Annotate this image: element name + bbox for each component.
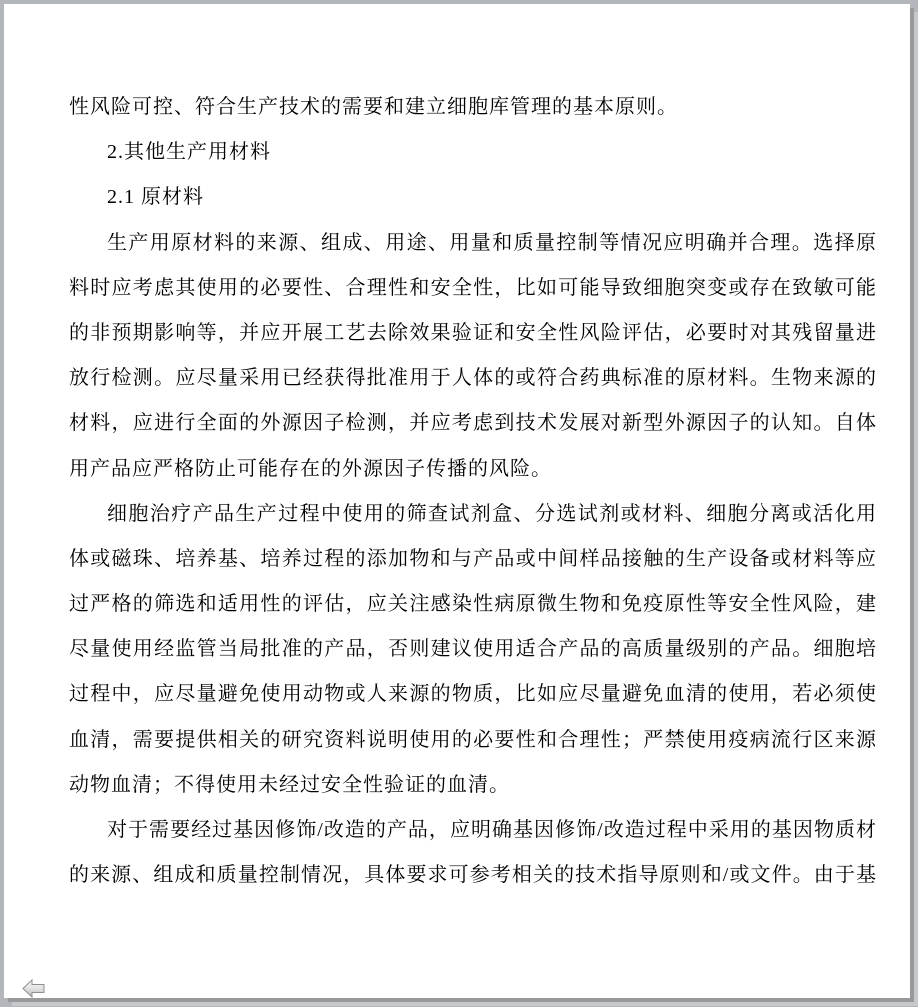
doc-line: 的非预期影响等，并应开展工艺去除效果验证和安全性风险评估，必要时对其残留量进行 bbox=[69, 311, 877, 356]
doc-line: 生产用原材料的来源、组成、用途、用量和质量控制等情况应明确并合理。选择原材 bbox=[69, 221, 877, 266]
section-heading: 2.其他生产用材料 bbox=[69, 130, 877, 175]
doc-line: 过严格的筛选和适用性的评估，应关注感染性病原微生物和免疫原性等安全性风险，建议 bbox=[69, 582, 877, 627]
document-text: 性风险可控、符合生产技术的需要和建立细胞库管理的基本原则。 2.其他生产用材料 … bbox=[69, 85, 877, 898]
subsection-heading: 2.1 原材料 bbox=[69, 175, 877, 220]
doc-line: 性风险可控、符合生产技术的需要和建立细胞库管理的基本原则。 bbox=[69, 85, 877, 130]
document-page: 性风险可控、符合生产技术的需要和建立细胞库管理的基本原则。 2.其他生产用材料 … bbox=[4, 4, 910, 998]
doc-line: 用产品应严格防止可能存在的外源因子传播的风险。 bbox=[69, 447, 877, 492]
document-viewer: { "page": { "background_color": "#b3b7bb… bbox=[0, 0, 918, 1007]
doc-line: 料时应考虑其使用的必要性、合理性和安全性，比如可能导致细胞突变或存在致敏可能性 bbox=[69, 266, 877, 311]
doc-line: 对于需要经过基因修饰/改造的产品，应明确基因修饰/改造过程中采用的基因物质材料 bbox=[69, 808, 877, 853]
doc-line: 动物血清；不得使用未经过安全性验证的血清。 bbox=[69, 763, 877, 808]
doc-line: 尽量使用经监管当局批准的产品，否则建议使用适合产品的高质量级别的产品。细胞培养 bbox=[69, 627, 877, 672]
doc-line: 体或磁珠、培养基、培养过程的添加物和与产品或中间样品接触的生产设备或材料等应经 bbox=[69, 537, 877, 582]
doc-line: 材料，应进行全面的外源因子检测，并应考虑到技术发展对新型外源因子的认知。自体使 bbox=[69, 401, 877, 446]
back-arrow-icon[interactable] bbox=[22, 979, 45, 998]
doc-line: 放行检测。应尽量采用已经获得批准用于人体的或符合药典标准的原材料。生物来源的原 bbox=[69, 356, 877, 401]
doc-line: 血清，需要提供相关的研究资料说明使用的必要性和合理性；严禁使用疫病流行区来源的 bbox=[69, 718, 877, 763]
doc-line: 细胞治疗产品生产过程中使用的筛查试剂盒、分选试剂或材料、细胞分离或活化用抗 bbox=[69, 492, 877, 537]
doc-line: 的来源、组成和质量控制情况，具体要求可参考相关的技术指导原则和/或文件。由于基因 bbox=[69, 853, 877, 898]
doc-line: 过程中，应尽量避免使用动物或人来源的物质，比如应尽量避免血清的使用，若必须使用 bbox=[69, 672, 877, 717]
